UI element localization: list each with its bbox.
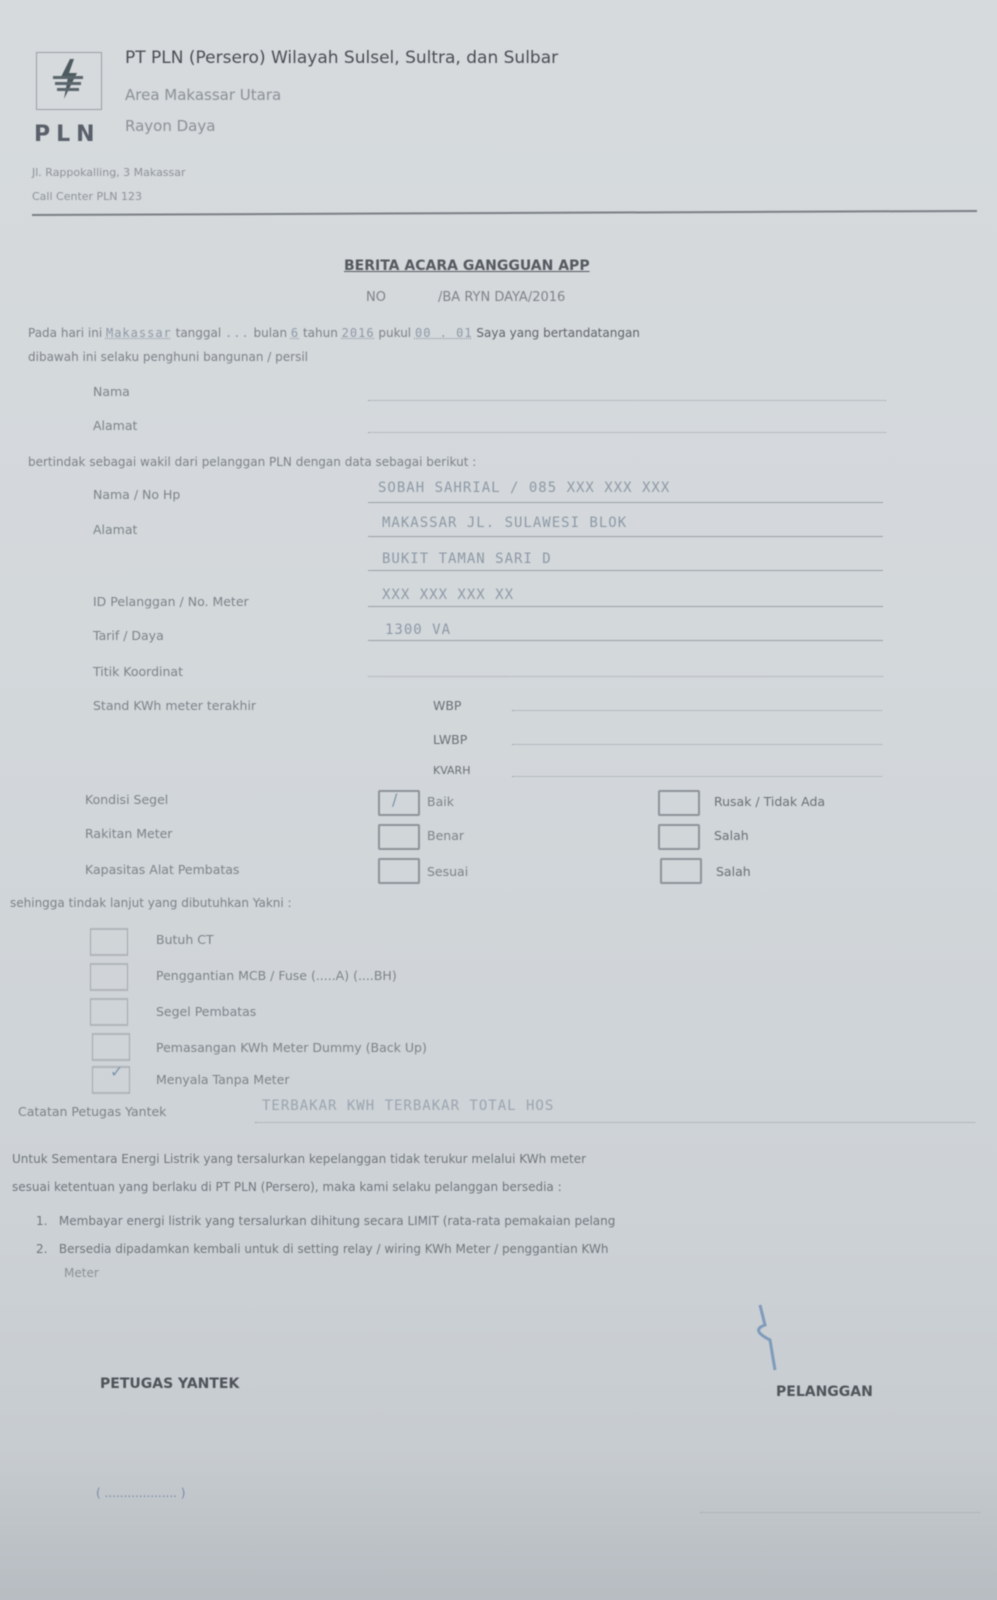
customer-id-label: ID Pelanggan / No. Meter — [93, 594, 249, 609]
follow-up-text: sehingga tindak lanjut yang dibutuhkan Y… — [10, 896, 292, 910]
occupant-name-field[interactable] — [368, 400, 886, 401]
time-value[interactable]: 00 . 01 — [415, 326, 473, 340]
dummy-meter-checkbox[interactable] — [92, 1033, 130, 1061]
intro-line-1: Pada hari ini Makassar tanggal ... bulan… — [28, 326, 640, 340]
customer-address-value[interactable]: MAKASSAR JL. SULAWESI BLOK — [382, 515, 627, 531]
capacity-ok-label: Sesuai — [427, 864, 468, 879]
document-number-label: NO — [366, 290, 386, 305]
customer-signature-label: PELANGGAN — [776, 1384, 873, 1400]
address: Jl. Rappokalling, 3 Makassar — [32, 166, 186, 179]
date-value[interactable]: ... — [225, 326, 250, 340]
dummy-meter-label: Pemasangan KWh Meter Dummy (Back Up) — [156, 1040, 427, 1055]
statement-line-2: sesuai ketentuan yang berlaku di PT PLN … — [12, 1180, 562, 1194]
coordinate-field[interactable] — [368, 676, 883, 677]
seal-limiter-label: Segel Pembatas — [156, 1004, 256, 1019]
unit-name: Rayon Daya — [125, 117, 215, 135]
document-number: /BA RYN DAYA/2016 — [438, 290, 565, 305]
mcb-replacement-checkbox[interactable] — [90, 963, 128, 991]
lwbp-label: LWBP — [433, 732, 467, 747]
meter-reading-label: Stand KWh meter terakhir — [93, 698, 256, 713]
limiter-capacity-label: Kapasitas Alat Pembatas — [85, 862, 239, 877]
mcb-replacement-label: Penggantian MCB / Fuse (.....A) (....BH) — [156, 968, 397, 983]
customer-address-label: Alamat — [93, 522, 137, 537]
intro-line-2: dibawah ini selaku penghuni bangunan / p… — [28, 350, 308, 364]
assembly-correct-label: Benar — [427, 828, 464, 843]
photo-shadow — [0, 1450, 997, 1600]
seal-good-checkbox[interactable] — [378, 790, 420, 816]
field-underline — [368, 570, 883, 571]
month-value[interactable]: 6 — [291, 326, 299, 340]
organization-name: PT PLN (Persero) Wilayah Sulsel, Sultra,… — [125, 48, 558, 68]
document-title: BERITA ACARA GANGGUAN APP — [344, 258, 590, 274]
officer-note-field — [255, 1122, 975, 1123]
seal-broken-checkbox[interactable] — [658, 790, 700, 816]
area-name: Area Makassar Utara — [125, 86, 281, 104]
lightning-bolt-icon — [53, 59, 83, 99]
lwbp-field[interactable] — [512, 744, 882, 745]
statement-line-1: Untuk Sementara Energi Listrik yang ters… — [12, 1152, 586, 1166]
statement-item-2-cont: Meter — [64, 1266, 99, 1280]
officer-signature-label: PETUGAS YANTEK — [100, 1376, 239, 1392]
check-mark-icon: / — [392, 790, 397, 809]
occupant-address-label: Alamat — [93, 418, 137, 433]
representative-text: bertindak sebagai wakil dari pelanggan P… — [28, 455, 476, 469]
officer-note-value[interactable]: TERBAKAR KWH TERBAKAR TOTAL HOS — [262, 1098, 554, 1114]
pln-logo — [36, 52, 102, 110]
field-underline — [368, 536, 883, 537]
assembly-correct-checkbox[interactable] — [378, 824, 420, 850]
statement-item-1: 1. Membayar energi listrik yang tersalur… — [36, 1214, 615, 1228]
no-meter-label: Menyala Tanpa Meter — [156, 1072, 289, 1087]
wbp-field[interactable] — [512, 710, 882, 711]
signature-mark-icon — [730, 1300, 790, 1380]
customer-name-value[interactable]: SOBAH SAHRIAL / 085 XXX XXX XXX — [378, 480, 670, 496]
statement-item-2: 2. Bersedia dipadamkan kembali untuk di … — [36, 1242, 608, 1256]
coordinate-label: Titik Koordinat — [93, 664, 183, 679]
form-page: PLN PT PLN (Persero) Wilayah Sulsel, Sul… — [0, 0, 997, 1600]
logo-text: PLN — [34, 122, 101, 147]
seal-condition-label: Kondisi Segel — [85, 792, 168, 807]
occupant-name-label: Nama — [93, 384, 130, 399]
seal-broken-label: Rusak / Tidak Ada — [714, 794, 825, 809]
check-mark-icon: ✓ — [110, 1062, 123, 1081]
needs-ct-checkbox[interactable] — [90, 928, 128, 956]
seal-good-label: Baik — [427, 794, 454, 809]
seal-limiter-checkbox[interactable] — [90, 998, 128, 1026]
assembly-wrong-checkbox[interactable] — [658, 824, 700, 850]
capacity-ok-checkbox[interactable] — [378, 858, 420, 884]
customer-id-value[interactable]: XXX XXX XXX XX — [382, 587, 514, 603]
year-value[interactable]: 2016 — [342, 326, 375, 340]
field-underline — [368, 606, 883, 607]
field-underline — [368, 640, 883, 641]
tariff-value[interactable]: 1300 VA — [385, 622, 451, 638]
assembly-wrong-label: Salah — [714, 828, 749, 843]
wbp-label: WBP — [433, 698, 461, 713]
meter-assembly-label: Rakitan Meter — [85, 826, 172, 841]
place-value[interactable]: Makassar — [106, 326, 172, 340]
tariff-label: Tarif / Daya — [93, 628, 164, 643]
occupant-address-field[interactable] — [368, 432, 886, 433]
capacity-wrong-label: Salah — [716, 864, 751, 879]
needs-ct-label: Butuh CT — [156, 932, 214, 947]
customer-address-line2[interactable]: BUKIT TAMAN SARI D — [382, 551, 552, 567]
kvarh-field[interactable] — [512, 776, 882, 777]
customer-name-label: Nama / No Hp — [93, 487, 180, 502]
header-divider — [32, 210, 977, 216]
capacity-wrong-checkbox[interactable] — [660, 858, 702, 884]
field-underline — [368, 502, 883, 503]
officer-note-label: Catatan Petugas Yantek — [18, 1104, 166, 1119]
call-center: Call Center PLN 123 — [32, 190, 142, 203]
kvarh-label: KVARH — [433, 764, 470, 777]
